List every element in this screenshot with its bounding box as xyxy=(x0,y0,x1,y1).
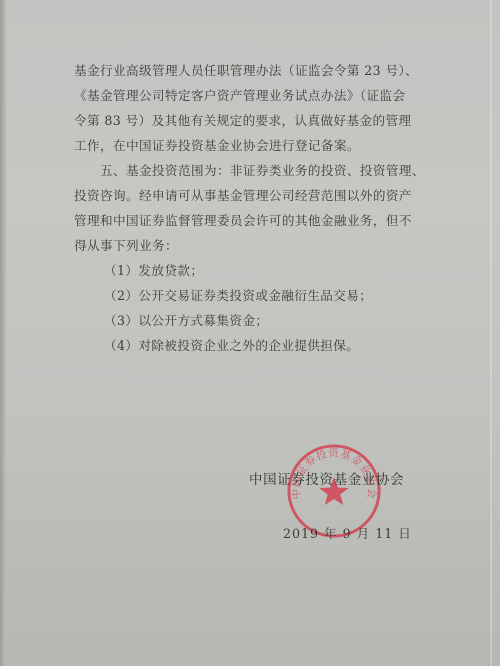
issue-date: 2019 年 9 月 11 日 xyxy=(283,523,412,542)
list-item: （2）公开交易证券类投资或金融衍生品交易； xyxy=(74,283,419,308)
text-line: 基金行业高级管理人员任职管理办法（证监会令第 23 号）、 xyxy=(74,58,419,83)
text-line: 令第 83 号）及其他有关规定的要求，认真做好基金的管理 xyxy=(74,108,419,133)
list-item: （4）对除被投资企业之外的企业提供担保。 xyxy=(74,333,419,358)
text-line: 管理和中国证券监督管理委员会许可的其他金融业务，但不 xyxy=(74,208,419,233)
section-five-heading: 五、基金投资范围为：非证券类业务的投资、投资管理、 xyxy=(74,158,419,183)
document-page: 基金行业高级管理人员任职管理办法（证监会令第 23 号）、 《基金管理公司特定客… xyxy=(0,0,500,666)
text-line: 工作，在中国证券投资基金业协会进行登记备案。 xyxy=(74,133,419,158)
list-item: （1）发放贷款； xyxy=(74,258,419,283)
document-body: 基金行业高级管理人员任职管理办法（证监会令第 23 号）、 《基金管理公司特定客… xyxy=(74,58,419,358)
issuer-signature: 中国证券投资基金业协会 xyxy=(249,468,404,488)
text-line: 投资咨询。经申请可从事基金管理公司经营范围以外的资产 xyxy=(74,183,419,208)
text-line: 《基金管理公司特定客户资产管理业务试点办法》（证监会 xyxy=(74,83,419,108)
text-line: 得从事下列业务： xyxy=(74,233,419,258)
list-item: （3）以公开方式募集资金； xyxy=(74,308,419,333)
